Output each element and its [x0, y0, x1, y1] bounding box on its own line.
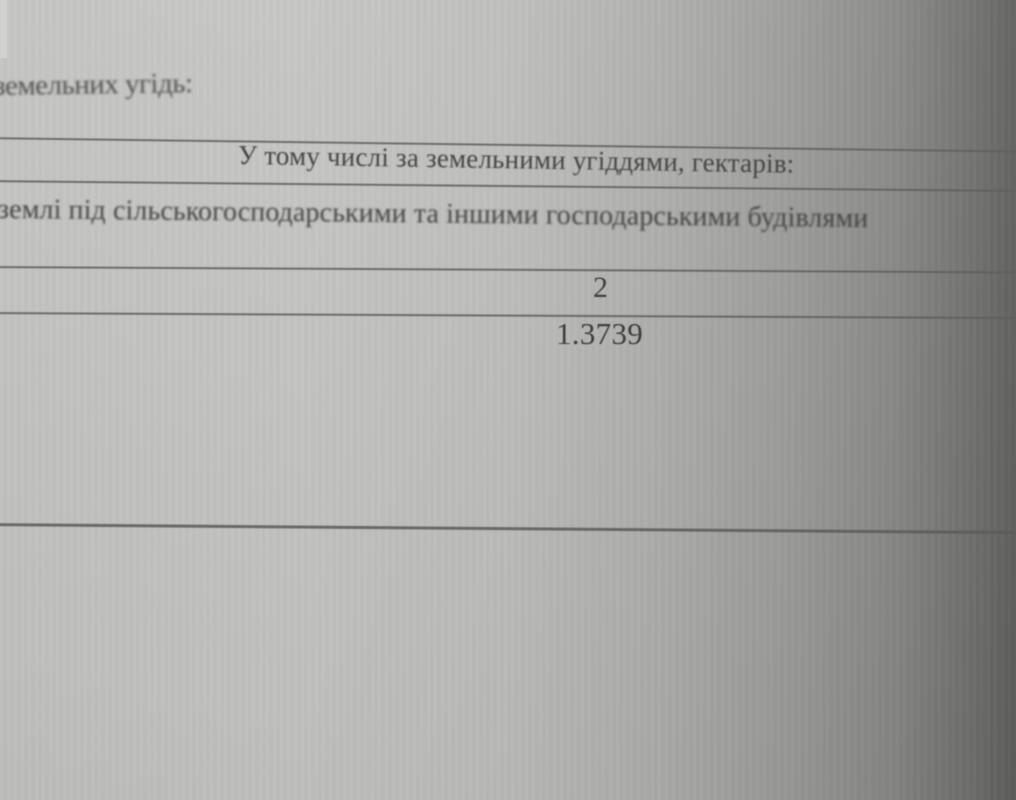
table-column-number-top-border [0, 266, 1016, 274]
section-heading-fragment: земельних угідь: [0, 67, 193, 103]
table-bottom-border [0, 523, 1016, 534]
table-header-divider [0, 180, 1016, 192]
page-edge-mark [0, 0, 7, 58]
table-cell-area-value: 1.3739 [556, 316, 643, 352]
table-column-number: 2 [593, 271, 608, 305]
document-photo: земельних угідь: У тому числі за земельн… [0, 0, 1016, 800]
table-body-top-border [0, 312, 1016, 319]
table-column-header: землі під сільськогосподарськими та інши… [0, 194, 868, 235]
